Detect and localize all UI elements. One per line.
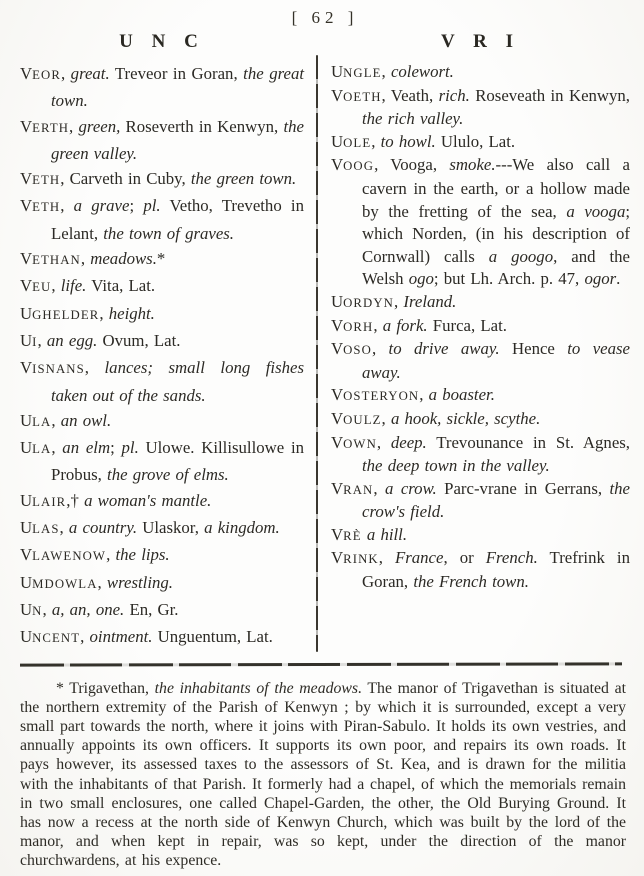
entry-headword: VOWN (331, 433, 377, 452)
dictionary-entry-vran: VRAN, a crow. Parc-vrane in Gerrans, the… (331, 478, 630, 524)
headword-initial: V (20, 64, 32, 83)
text-segment: the lips. (115, 545, 169, 564)
headword-initial: V (331, 548, 343, 567)
entry-headword: VEU (20, 276, 51, 295)
text-segment: ; but Lh. Arch. p. 47, (434, 269, 585, 288)
text-segment: , (373, 316, 382, 335)
headword-rest: ISNANS (32, 362, 85, 376)
text-segment: a grave (74, 196, 130, 215)
text-segment: a vooga (566, 202, 625, 221)
dictionary-entry-uncent: UNCENT, ointment. Unguentum, Lat. (20, 624, 304, 651)
dictionary-entry-uordyn: UORDYN, Ireland. (331, 291, 630, 315)
text-segment: , (377, 433, 391, 452)
text-segment: the inhabitants of the meadows. (155, 680, 362, 697)
text-segment: , (80, 627, 89, 646)
headword-initial: V (331, 525, 343, 544)
text-segment: an owl. (61, 411, 111, 430)
text-segment: green, (79, 117, 121, 136)
entry-headword: VEOR (20, 64, 61, 83)
text-segment: , (69, 117, 78, 136)
headword-rest: OWN (343, 437, 377, 451)
entry-headword: UI (20, 331, 37, 350)
entry-headword: VERTH (20, 117, 69, 136)
entry-list-vri: UNGLE, colewort.VOETH, Veath, rich. Rose… (331, 61, 630, 594)
headword-rest: EOR (32, 68, 61, 82)
text-segment: pl. (143, 196, 160, 215)
headword-initial: V (331, 433, 343, 452)
dictionary-entry-vethan: VETHAN, meadows.* (20, 246, 304, 273)
text-segment: , (371, 132, 380, 151)
text-segment: Ireland. (403, 292, 456, 311)
dictionary-entry-vown: VOWN, deep. Trevounance in St. Agnes, th… (331, 432, 630, 478)
text-segment: Roseveath in Kenwyn, (470, 86, 630, 105)
entry-headword: VRINK (331, 548, 379, 567)
headword-rest: LA (32, 415, 51, 429)
two-column-layout: U N C VEOR, great. Treveor in Goran, the… (20, 31, 630, 652)
entry-headword: VOSTERYON (331, 385, 419, 404)
column-header-unc: U N C (20, 31, 304, 53)
text-segment: Hence (500, 339, 568, 358)
headword-initial: U (20, 491, 32, 510)
headword-rest: GHELDER (32, 308, 99, 322)
headword-initial: V (331, 479, 343, 498)
text-segment: deep. (391, 433, 427, 452)
headword-initial: V (20, 169, 32, 188)
entry-headword: VLAWENOW (20, 545, 106, 564)
headword-rest: OULZ (343, 413, 381, 427)
dictionary-entry-ulas: ULAS, a country. Ulaskor, a kingdom. (20, 515, 304, 542)
text-segment: a kingdom. (204, 518, 280, 537)
dictionary-entry-vosteryon: VOSTERYON, a boaster. (331, 384, 630, 408)
column-unc: U N C VEOR, great. Treveor in Goran, the… (20, 31, 316, 652)
text-segment: a googo (489, 247, 553, 266)
headword-initial: U (331, 132, 343, 151)
text-segment: , (51, 276, 60, 295)
entry-headword: VRAN (331, 479, 373, 498)
headword-initial: U (20, 518, 32, 537)
text-segment: Ovum, Lat. (97, 331, 180, 350)
headword-initial: V (331, 339, 343, 358)
headword-initial: V (331, 155, 343, 174)
text-segment: Furca, Lat. (428, 316, 507, 335)
dictionary-entry-voso: VOSO, to drive away. Hence to vease away… (331, 338, 630, 384)
text-segment: Roseverth in Kenwyn, (120, 117, 283, 136)
text-segment: the green town. (191, 169, 296, 188)
dictionary-entry-voog: VOOG, Vooga, smoke.---We also call a cav… (331, 154, 630, 291)
entry-headword: ULA (20, 411, 51, 430)
dictionary-entry-vr: VRÈ a hill. (331, 524, 630, 548)
text-segment: , (373, 479, 385, 498)
text-segment: , (42, 600, 51, 619)
entry-headword: ULAS (20, 518, 60, 537)
dictionary-entry-veth: VETH, a grave; pl. Vetho, Trevetho in Le… (20, 193, 304, 246)
entry-headword: ULA (20, 438, 51, 457)
text-segment: a crow. (385, 479, 437, 498)
text-segment: rich. (439, 86, 470, 105)
headword-rest: OSO (343, 343, 372, 357)
text-segment: , (85, 358, 105, 377)
text-segment: * (157, 249, 165, 268)
column-vri: V R I UNGLE, colewort.VOETH, Veath, rich… (318, 31, 630, 652)
entry-headword: VETH (20, 169, 60, 188)
headword-rest: ORDYN (343, 296, 394, 310)
text-segment: , Veath, (382, 86, 439, 105)
text-segment: pl. (122, 438, 139, 457)
headword-initial: V (331, 385, 343, 404)
text-segment: , (382, 409, 391, 428)
headword-initial: V (20, 276, 32, 295)
headword-rest: ETH (32, 200, 60, 214)
entry-headword: UORDYN (331, 292, 394, 311)
text-segment: Treveor in Goran, (110, 64, 244, 83)
dictionary-entry-ungle: UNGLE, colewort. (331, 61, 630, 85)
text-segment: the town of graves. (103, 224, 234, 243)
headword-initial: V (20, 117, 32, 136)
text-segment: height. (109, 304, 155, 323)
headword-initial: V (331, 86, 343, 105)
headword-rest: LAWENOW (32, 549, 106, 563)
dictionary-entry-veor: VEOR, great. Treveor in Goran, the great… (20, 61, 304, 114)
text-segment: a boaster. (429, 385, 495, 404)
text-segment: the deep town in the valley. (362, 456, 550, 475)
text-segment: , (419, 385, 428, 404)
dictionary-entry-ula: ULA, an owl. (20, 408, 304, 435)
text-segment: , Carveth in Cuby, (60, 169, 191, 188)
text-segment: , Vooga, (374, 155, 449, 174)
headword-initial: U (20, 627, 32, 646)
dictionary-entry-veu: VEU, life. Vita, Lat. (20, 273, 304, 300)
headword-initial: U (20, 411, 32, 430)
headword-rest: ORH (343, 320, 373, 334)
text-segment: an egg. (47, 331, 97, 350)
text-segment: , (51, 438, 62, 457)
dictionary-entry-umdowla: UMDOWLA, wrestling. (20, 570, 304, 597)
text-segment: . (616, 269, 620, 288)
headword-initial: U (331, 62, 343, 81)
entry-headword: VOOG (331, 155, 374, 174)
headword-rest: ETHAN (32, 253, 81, 267)
text-segment: French. (486, 548, 538, 567)
text-segment: ; (129, 196, 143, 215)
text-segment: , (60, 518, 69, 537)
headword-rest: OLE (343, 136, 371, 150)
headword-initial: U (20, 600, 32, 619)
text-segment: great. (71, 64, 110, 83)
headword-initial: U (20, 304, 32, 323)
entry-headword: UNGLE (331, 62, 382, 81)
footnote-rule (20, 662, 622, 666)
dictionary-entry-uole: UOLE, to howl. Ululo, Lat. (331, 131, 630, 155)
text-segment: the rich valley. (362, 109, 463, 128)
headword-rest: RÈ (343, 529, 362, 543)
headword-initial: V (20, 545, 32, 564)
headword-rest: N (32, 604, 42, 618)
headword-rest: ETH (32, 173, 60, 187)
headword-rest: RINK (343, 552, 379, 566)
headword-rest: LAS (32, 522, 59, 536)
entry-headword: ULAIR (20, 491, 66, 510)
text-segment: , or (443, 548, 485, 567)
text-segment: Parc-vrane in Gerrans, (437, 479, 610, 498)
text-segment: En, Gr. (124, 600, 178, 619)
text-segment: the French town. (413, 572, 529, 591)
page-number: [ 62 ] (20, 8, 630, 30)
text-segment: , (99, 304, 108, 323)
headword-initial: V (331, 409, 343, 428)
entry-headword: VETHAN (20, 249, 81, 268)
text-segment: * Trigavethan, (56, 680, 155, 697)
text-segment: meadows. (90, 249, 157, 268)
dictionary-entry-voeth: VOETH, Veath, rich. Roseveath in Kenwyn,… (331, 85, 630, 131)
headword-rest: MDOWLA (32, 577, 97, 591)
dictionary-entry-ula: ULA, an elm; pl. Ulowe. Killisullowe in … (20, 435, 304, 488)
entry-list-unc: VEOR, great. Treveor in Goran, the great… (20, 61, 304, 652)
entry-headword: UGHELDER (20, 304, 99, 323)
text-segment: a, an, one. (52, 600, 124, 619)
text-segment: Trevounance in St. Agnes, (427, 433, 630, 452)
entry-headword: VOSO (331, 339, 372, 358)
headword-initial: U (20, 331, 32, 350)
text-segment: , (60, 196, 73, 215)
headword-rest: NGLE (343, 66, 381, 80)
text-segment: , (37, 331, 46, 350)
entry-headword: UMDOWLA (20, 573, 98, 592)
text-segment: a woman's mantle. (84, 491, 211, 510)
headword-initial: V (20, 249, 32, 268)
dictionary-entry-ui: UI, an egg. Ovum, Lat. (20, 328, 304, 355)
entry-headword: VRÈ (331, 525, 362, 544)
headword-rest: OSTERYON (343, 389, 419, 403)
text-segment: France (395, 548, 443, 567)
text-segment: Ululo, Lat. (436, 132, 515, 151)
text-segment: a hill. (367, 525, 407, 544)
text-segment: , (379, 548, 395, 567)
text-segment: smoke. (449, 155, 495, 174)
text-segment: ogor (584, 269, 616, 288)
headword-initial: U (331, 292, 343, 311)
dictionary-entry-un: UN, a, an, one. En, Gr. (20, 597, 304, 624)
text-segment: ,† (66, 491, 84, 510)
entry-headword: VISNANS (20, 358, 85, 377)
dictionary-entry-voulz: VOULZ, a hook, sickle, scythe. (331, 408, 630, 432)
text-segment: ; (110, 438, 121, 457)
text-segment: an elm (62, 438, 110, 457)
headword-rest: LAIR (32, 495, 66, 509)
scanned-book-page: [ 62 ] U N C VEOR, great. Treveor in Gor… (0, 0, 644, 876)
text-segment: , (98, 573, 107, 592)
text-segment: to drive away. (389, 339, 500, 358)
dictionary-entry-vrink: VRINK, France, or French. Trefrink in Go… (331, 547, 630, 593)
text-segment: a fork. (383, 316, 428, 335)
column-header-vri: V R I (331, 31, 630, 53)
headword-initial: U (20, 438, 32, 457)
headword-initial: V (20, 196, 32, 215)
text-segment: wrestling. (107, 573, 173, 592)
headword-rest: EU (32, 280, 51, 294)
headword-rest: ERTH (32, 121, 69, 135)
entry-headword: UNCENT (20, 627, 80, 646)
headword-rest: OETH (343, 90, 381, 104)
text-segment: , (81, 249, 90, 268)
text-segment: the grove of elms. (107, 465, 229, 484)
text-segment: , (51, 411, 60, 430)
text-segment: ointment. (90, 627, 153, 646)
entry-headword: UOLE (331, 132, 371, 151)
text-segment: a hook, sickle, scythe. (391, 409, 540, 428)
headword-rest: LA (32, 442, 51, 456)
text-segment: to howl. (381, 132, 436, 151)
headword-initial: V (20, 358, 32, 377)
dictionary-entry-veth: VETH, Carveth in Cuby, the green town. (20, 166, 304, 193)
dictionary-entry-verth: VERTH, green, Roseverth in Kenwyn, the g… (20, 114, 304, 167)
dictionary-entry-vorh: VORH, a fork. Furca, Lat. (331, 315, 630, 339)
dictionary-entry-vlawenow: VLAWENOW, the lips. (20, 542, 304, 569)
text-segment: life. (61, 276, 87, 295)
headword-initial: U (20, 573, 32, 592)
dictionary-entry-ulair: ULAIR,† a woman's mantle. (20, 488, 304, 515)
text-segment: Ulaskor, (137, 518, 204, 537)
text-segment: ogo (409, 269, 434, 288)
entry-headword: VOULZ (331, 409, 382, 428)
text-segment: a country. (69, 518, 137, 537)
text-segment: colewort. (391, 62, 454, 81)
headword-initial: V (331, 316, 343, 335)
dictionary-entry-ughelder: UGHELDER, height. (20, 301, 304, 328)
headword-rest: OOG (343, 159, 374, 173)
text-segment: Vita, Lat. (86, 276, 155, 295)
entry-headword: VORH (331, 316, 373, 335)
entry-headword: VOETH (331, 86, 382, 105)
text-segment: , (382, 62, 391, 81)
text-segment: Unguentum, Lat. (152, 627, 272, 646)
text-segment: The manor of Trigavethan is situated at … (20, 680, 626, 870)
entry-headword: VETH (20, 196, 60, 215)
text-segment: , (394, 292, 403, 311)
text-segment: , (61, 64, 71, 83)
footnote-text: * Trigavethan, the inhabitants of the me… (20, 679, 630, 871)
dictionary-entry-visnans: VISNANS, lances; small long fishes taken… (20, 355, 304, 408)
text-segment: , (372, 339, 389, 358)
headword-rest: RAN (343, 483, 373, 497)
entry-headword: UN (20, 600, 42, 619)
headword-rest: NCENT (32, 631, 80, 645)
